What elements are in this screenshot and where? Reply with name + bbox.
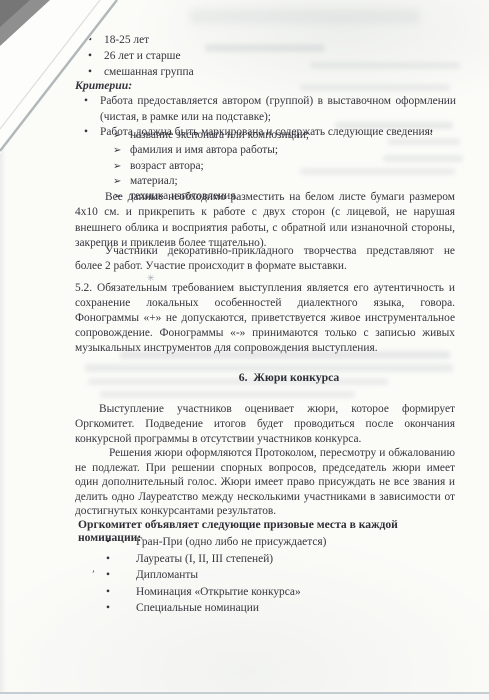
bullet-icon: • bbox=[84, 125, 100, 141]
age-group-text: 18-25 лет bbox=[104, 32, 448, 48]
bleed-through-artifact bbox=[190, 9, 420, 24]
smudge-mark: ✳ bbox=[147, 274, 155, 283]
prize-text: Дипломанты bbox=[136, 567, 456, 584]
arrow-bullet-icon: ➢ bbox=[113, 128, 130, 143]
list-item: • Гран-При (одно либо не присуждается) bbox=[106, 534, 456, 551]
bleed-through-artifact bbox=[100, 391, 355, 398]
list-item: • Лауреаты (I, II, III степеней) bbox=[106, 551, 456, 568]
paragraph-participants: Участники декоративно-прикладного творче… bbox=[75, 244, 455, 275]
list-item: • Дипломанты bbox=[106, 567, 456, 584]
list-item: ➢ материал; bbox=[113, 174, 445, 189]
page-bottom-margin bbox=[0, 694, 489, 700]
bullet-icon: • bbox=[106, 534, 136, 551]
arrow-bullet-icon: ➢ bbox=[113, 159, 130, 174]
arrow-bullet-icon: ➢ bbox=[113, 174, 130, 189]
list-item: • Работа предоставляется автором (группо… bbox=[84, 94, 456, 125]
fold-corner-shadow bbox=[0, 0, 50, 46]
paragraph-clause-5-2: 5.2. Обязательным требованием выступлени… bbox=[75, 281, 455, 356]
list-item: • Номинация «Открытие конкурса» bbox=[106, 584, 456, 601]
prize-text: Лауреаты (I, II, III степеней) bbox=[136, 551, 456, 568]
paragraph-jury-decisions: Решения жюри оформляются Протоколом, пер… bbox=[75, 446, 455, 519]
age-group-text: 26 лет и старше bbox=[104, 48, 448, 64]
section-heading-jury: 6. Жюри конкурса bbox=[99, 371, 479, 384]
bullet-icon: • bbox=[88, 32, 104, 48]
age-group-text: смешанная группа bbox=[104, 64, 448, 80]
marking-detail-text: фамилия и имя автора работы; bbox=[130, 143, 445, 158]
paragraph-jury-intro: Выступление участников оценивает жюри, к… bbox=[75, 402, 455, 446]
bullet-icon: • bbox=[106, 567, 136, 584]
list-item: • Специальные номинации bbox=[106, 600, 456, 617]
pen-mark: ’ bbox=[90, 570, 95, 580]
prize-text: Гран-При (одно либо не присуждается) bbox=[136, 534, 456, 551]
arrow-bullet-icon: ➢ bbox=[113, 143, 130, 158]
paragraph-placement: Все данные необходимо разместить на бело… bbox=[75, 190, 455, 252]
bullet-icon: • bbox=[84, 94, 100, 125]
page-left-edge-shadow bbox=[0, 0, 6, 700]
criteria-item-text: Работа предоставляется автором (группой)… bbox=[100, 94, 456, 125]
list-item: • 18-25 лет bbox=[88, 32, 448, 48]
marking-detail-text: возраст автора; bbox=[130, 159, 445, 174]
criteria-heading: Критерии: bbox=[75, 79, 132, 92]
bleed-through-artifact bbox=[300, 84, 450, 91]
bullet-icon: • bbox=[88, 48, 104, 64]
list-item: ➢ возраст автора; bbox=[113, 159, 445, 174]
marking-detail-text: материал; bbox=[130, 174, 445, 189]
bullet-icon: • bbox=[106, 600, 136, 617]
bullet-icon: • bbox=[106, 584, 136, 601]
list-item: ➢ фамилия и имя автора работы; bbox=[113, 143, 445, 158]
prize-text: Специальные номинации bbox=[136, 600, 456, 617]
list-item: • смешанная группа bbox=[88, 64, 448, 80]
prize-text: Номинация «Открытие конкурса» bbox=[136, 584, 456, 601]
bullet-icon: • bbox=[106, 551, 136, 568]
list-item: ➢ название экспоната или композиции; bbox=[113, 128, 445, 143]
age-group-list: • 18-25 лет • 26 лет и старше • смешанна… bbox=[88, 32, 448, 81]
scanned-document-page: • 18-25 лет • 26 лет и старше • смешанна… bbox=[0, 0, 489, 700]
prizes-list: • Гран-При (одно либо не присуждается) •… bbox=[106, 534, 456, 617]
list-item: • 26 лет и старше bbox=[88, 48, 448, 64]
marking-detail-text: название экспоната или композиции; bbox=[130, 128, 445, 143]
